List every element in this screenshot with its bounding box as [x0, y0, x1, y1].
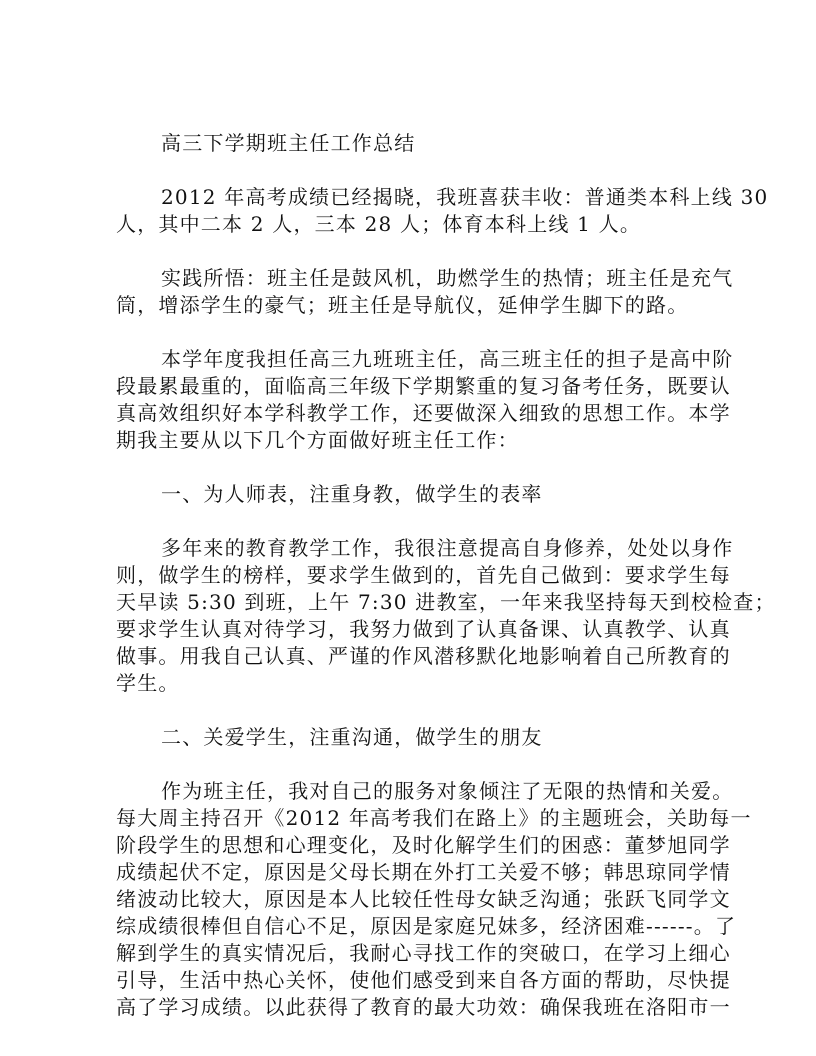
heading-text: 一、为人师表，注重身教，做学生的表率: [116, 481, 706, 508]
text-line: 综成绩很棒但自信心不足，原因是家庭兄妹多，经济困难------。了: [116, 913, 706, 940]
text-line: 引导，生活中热心关怀，使他们感受到来自各方面的帮助，尽快提: [116, 967, 706, 994]
paragraph-spacer: [116, 508, 706, 535]
text-line: 作为班主任，我对自己的服务对象倾注了无限的热情和关爱。: [116, 778, 706, 805]
paragraph-spacer: [116, 157, 706, 184]
section-heading-1: 一、为人师表，注重身教，做学生的表率: [116, 481, 706, 508]
paragraph-intro: 本学年度我担任高三九班班主任，高三班主任的担子是高中阶 段最累最重的，面临高三年…: [116, 346, 706, 454]
text-line: 阶段学生的思想和心理变化，及时化解学生们的困惑：董梦旭同学: [116, 832, 706, 859]
text-line: 段最累最重的，面临高三年级下学期繁重的复习备考任务，既要认: [116, 373, 706, 400]
paragraph-spacer: [116, 454, 706, 481]
text-line: 每大周主持召开《2012 年高考我们在路上》的主题班会，关助每一: [116, 805, 706, 832]
title-text: 高三下学期班主任工作总结: [116, 130, 706, 157]
text-line: 多年来的教育教学工作，我很注意提高自身修养，处处以身作: [116, 535, 706, 562]
paragraph-insight: 实践所悟：班主任是鼓风机，助燃学生的热情；班主任是充气 筒，增添学生的豪气；班主…: [116, 265, 706, 319]
document-title: 高三下学期班主任工作总结: [116, 130, 706, 157]
text-line: 绪波动比较大，原因是本人比较任性母女缺乏沟通；张跃飞同学文: [116, 886, 706, 913]
text-line: 学生。: [116, 670, 706, 697]
text-line: 高了学习成绩。以此获得了教育的最大功效：确保我班在洛阳市一: [116, 994, 706, 1021]
text-line: 本学年度我担任高三九班班主任，高三班主任的担子是高中阶: [116, 346, 706, 373]
paragraph-section1: 多年来的教育教学工作，我很注意提高自身修养，处处以身作 则，做学生的榜样，要求学…: [116, 535, 706, 697]
text-line: 人，其中二本 2 人，三本 28 人；体育本科上线 1 人。: [116, 211, 706, 238]
text-line: 实践所悟：班主任是鼓风机，助燃学生的热情；班主任是充气: [116, 265, 706, 292]
paragraph-spacer: [116, 319, 706, 346]
text-line: 做事。用我自己认真、严谨的作风潜移默化地影响着自己所教育的: [116, 643, 706, 670]
section-heading-2: 二、关爱学生，注重沟通，做学生的朋友: [116, 724, 706, 751]
paragraph-spacer: [116, 751, 706, 778]
text-line: 2012 年高考成绩已经揭晓，我班喜获丰收：普通类本科上线 30: [116, 184, 706, 211]
document-page: 高三下学期班主任工作总结 2012 年高考成绩已经揭晓，我班喜获丰收：普通类本科…: [116, 130, 706, 1021]
text-line: 真高效组织好本学科教学工作，还要做深入细致的思想工作。本学: [116, 400, 706, 427]
text-line: 要求学生认真对待学习，我努力做到了认真备课、认真教学、认真: [116, 616, 706, 643]
text-line: 筒，增添学生的豪气；班主任是导航仪，延伸学生脚下的路。: [116, 292, 706, 319]
text-line: 天早读 5:30 到班，上午 7:30 进教室，一年来我坚持每天到校检查；: [116, 589, 706, 616]
paragraph-section2: 作为班主任，我对自己的服务对象倾注了无限的热情和关爱。 每大周主持召开《2012…: [116, 778, 706, 1021]
paragraph-results: 2012 年高考成绩已经揭晓，我班喜获丰收：普通类本科上线 30 人，其中二本 …: [116, 184, 706, 238]
text-line: 成绩起伏不定，原因是父母长期在外打工关爱不够；韩思琼同学情: [116, 859, 706, 886]
text-line: 解到学生的真实情况后，我耐心寻找工作的突破口，在学习上细心: [116, 940, 706, 967]
text-line: 期我主要从以下几个方面做好班主任工作：: [116, 427, 706, 454]
paragraph-spacer: [116, 697, 706, 724]
text-line: 则，做学生的榜样，要求学生做到的，首先自己做到：要求学生每: [116, 562, 706, 589]
heading-text: 二、关爱学生，注重沟通，做学生的朋友: [116, 724, 706, 751]
paragraph-spacer: [116, 238, 706, 265]
